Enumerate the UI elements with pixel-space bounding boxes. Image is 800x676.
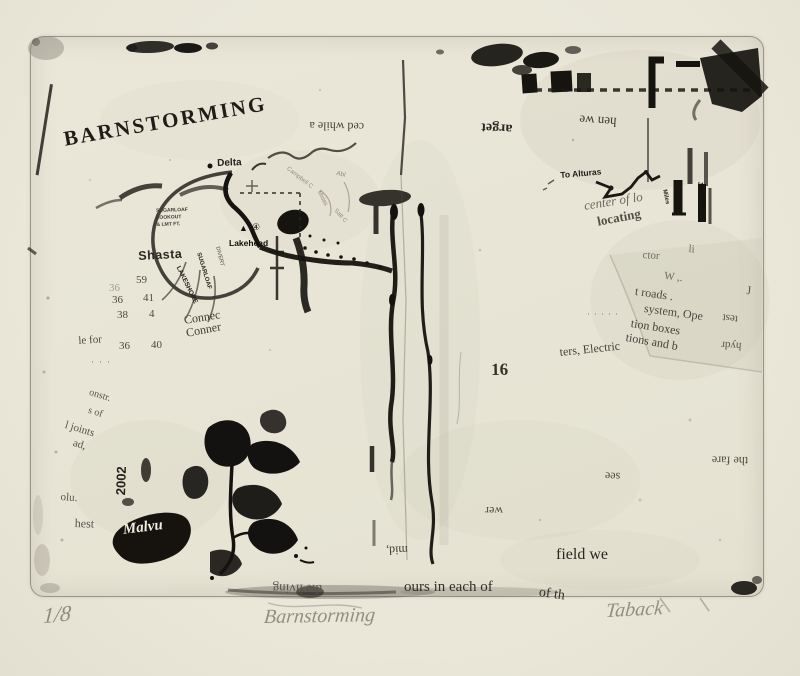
- map-label-lakehead: Lakehead: [229, 239, 268, 248]
- table-num-59: 59: [136, 274, 147, 286]
- scrap-olu: olu.: [60, 491, 78, 504]
- text-mid-reversed: mid,: [386, 543, 408, 557]
- table-num-41: 41: [143, 292, 154, 304]
- top-smudges-art: [28, 36, 581, 75]
- text-page-number: 16: [491, 361, 508, 380]
- text-li: li: [688, 243, 695, 255]
- text-while-reversed: ced while a: [309, 119, 364, 133]
- map-label-delta: Delta: [217, 157, 242, 169]
- map-triangle-marker: ▲: [239, 224, 248, 234]
- map-label-shasta: Shasta: [138, 248, 183, 264]
- text-see-reversed: see: [605, 469, 621, 483]
- scrap-2002: 2002: [114, 466, 129, 495]
- text-test-reversed: test: [722, 311, 739, 325]
- scrap-hest: hest: [75, 517, 95, 531]
- text-arget-reversed: arget: [481, 119, 513, 136]
- signature-inscription: Taback: [605, 597, 664, 622]
- text-leader-dots: ·····: [587, 310, 622, 320]
- edition-inscription: 1/8: [42, 601, 72, 628]
- text-field-we: field we: [556, 546, 608, 564]
- table-num-36b: 36: [119, 340, 130, 352]
- etching-print: BARNSTORMING Delta Campbell C Abl Midas …: [0, 0, 800, 676]
- text-ours-in-each: ours in each of: [404, 579, 493, 596]
- table-num-38: 38: [117, 309, 128, 321]
- text-ctor: ctor: [642, 249, 660, 262]
- print-ink-layer: [0, 0, 800, 676]
- text-the-fare-reversed: the fare: [712, 453, 749, 467]
- text-hen-we-reversed: hen we: [579, 112, 617, 129]
- table-num-36-faint: 36: [109, 282, 120, 294]
- text-j: J: [746, 284, 752, 297]
- table-num-36a: 36: [112, 294, 123, 306]
- text-hydr-reversed: hydr: [721, 339, 742, 352]
- table-dots: ···: [91, 358, 115, 368]
- table-le-for: le for: [78, 333, 102, 347]
- text-w: W ,.: [664, 270, 684, 284]
- text-living-reversed: the living: [273, 581, 323, 596]
- table-num-40: 40: [151, 339, 162, 351]
- text-wer-reversed: wer: [485, 504, 503, 517]
- map-route-marker: ④: [252, 223, 260, 233]
- table-num-4: 4: [149, 308, 155, 320]
- map-label-sugarloaf-lookout: SUGARLOAF LOOKOUT & LMT FT.: [156, 207, 188, 228]
- title-inscription: Barnstorming: [263, 604, 376, 628]
